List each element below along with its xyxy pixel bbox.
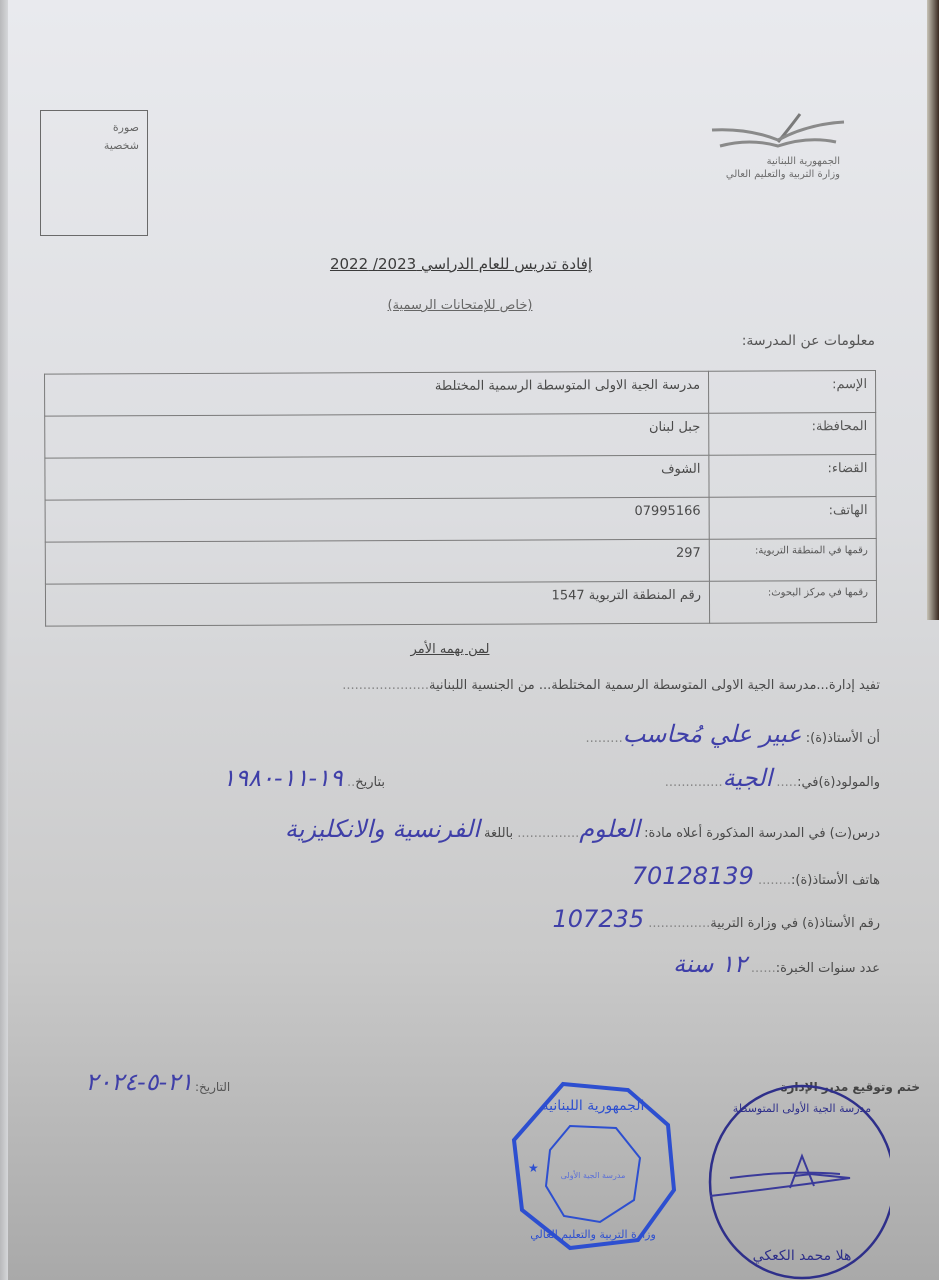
ministry-stamp-icon: الجمهورية اللبنانية وزارة التربية والتعل… [508,1080,678,1252]
table-row-research-number: رقمها في مركز البحوث: رقم المنطقة التربو… [45,581,876,627]
svg-text:مدرسة الجية الأولى المتوسطة: مدرسة الجية الأولى المتوسطة [733,1101,871,1115]
teacher-line: أن الأستاذ(ة): عبير علي مُحاسب......... [480,720,880,748]
label-district: القضاء: [709,455,876,498]
value-research-number: رقم المنطقة التربوية 1547 [45,581,709,626]
subject-handwritten: العلوم [579,815,640,843]
birthplace-line: والمولود(ة)في:..... الجية.............. [480,764,880,792]
value-region-number: 297 [45,539,709,584]
value-name: مدرسة الجية الاولى المتوسطة الرسمية المخ… [45,371,709,416]
date-label: التاريخ: [195,1080,230,1094]
to-whom-heading: لمن يهمه الأمر [390,642,510,657]
svg-text:الجمهورية اللبنانية: الجمهورية اللبنانية [542,1098,645,1114]
label-phone: الهاتف: [709,497,876,540]
date-handwritten: ٢١-٥-٢٠٢٤ [8,1068,193,1096]
birthdate-handwritten: ١٩-١١-١٩٨٠ [222,764,342,792]
dotted-fill: ......... [586,731,623,746]
dotted-fill: .. [347,775,355,790]
intro-line: تفيد إدارة...مدرسة الجية الاولى المتوسطة… [200,678,880,693]
birthplace-label: والمولود(ة)في: [797,775,880,790]
open-book-quill-logo-icon [708,112,848,162]
paper-right-edge-shadow [927,0,939,620]
birthdate-label: بتاريخ [355,775,385,790]
teacher-phone-label: هاتف الأستاذ(ة): [791,873,880,888]
table-row-phone: الهاتف: 07995166 [45,497,876,543]
intro-prefix: تفيد إدارة... [816,678,880,693]
subject-label: درس(ت) في المدرسة المذكورة أعلاه مادة: [644,826,880,841]
svg-text:★: ★ [528,1161,539,1175]
experience-handwritten: ١٢ سنة [673,950,747,978]
phone-line: هاتف الأستاذ(ة):........ 70128139 [480,862,880,890]
ministry-number-line: رقم الأستاذ(ة) في وزارة التربية.........… [420,905,880,933]
value-phone: 07995166 [45,497,709,542]
school-info-table: الإسم: مدرسة الجية الاولى المتوسطة الرسم… [44,370,877,627]
svg-text:وزارة التربية والتعليم العالي: وزارة التربية والتعليم العالي [530,1228,656,1241]
language-label: باللغة [484,826,513,841]
value-district: الشوف [45,455,709,500]
label-name: الإسم: [709,371,876,414]
paper-left-edge [0,0,8,1280]
svg-text:مدرسة الجية الأولى: مدرسة الجية الأولى [561,1170,626,1180]
birthplace-handwritten: الجية [723,764,773,792]
experience-line: عدد سنوات الخبرة:...... ١٢ سنة [480,950,880,978]
dotted-fill: ............... [648,916,710,931]
intro-suffix: ... من الجنسية اللبنانية [429,678,551,693]
dotted-fill: ...... [751,961,776,976]
subject-line: درس(ت) في المدرسة المذكورة أعلاه مادة: ا… [30,815,880,843]
table-row-region-number: رقمها في المنطقة التربوية: 297 [45,539,876,585]
ministry-number-handwritten: 107235 [553,905,645,933]
experience-label: عدد سنوات الخبرة: [776,961,880,976]
svg-text:هلا محمد الكعكي: هلا محمد الكعكي [753,1248,852,1264]
photo-label-line2: شخصية [104,137,139,155]
label-region-number: رقمها في المنطقة التربوية: [709,539,876,582]
dotted-fill: ..................... [342,678,429,693]
photo-label-line1: صورة [104,119,139,137]
table-row-district: القضاء: الشوف [45,455,876,501]
dotted-fill: ........ [758,873,791,888]
label-research-number: رقمها في مركز البحوث: [709,581,876,624]
ministry-line-2: وزارة التربية والتعليم العالي [700,169,840,180]
teacher-phone-handwritten: 70128139 [632,862,754,890]
document-subtitle: (خاص للإمتحانات الرسمية) [340,298,580,313]
value-governorate: جبل لبنان [45,413,709,458]
teacher-name-handwritten: عبير علي مُحاسب [623,720,802,748]
ministry-line-1: الجمهورية اللبنانية [728,156,840,167]
document-title: إفادة تدريس للعام الدراسي 2023/ 2022 [300,255,622,273]
table-row-name: الإسم: مدرسة الجية الاولى المتوسطة الرسم… [45,371,876,417]
intro-school: مدرسة الجية الاولى المتوسطة الرسمية المخ… [551,678,816,693]
dotted-fill: ..... [776,775,797,790]
birthdate-line: بتاريخ.. ١٩-١١-١٩٨٠ [100,764,385,792]
photo-box: صورة شخصية [40,110,148,236]
teacher-label: أن الأستاذ(ة): [806,731,880,746]
table-row-governorate: المحافظة: جبل لبنان [45,413,876,459]
ministry-number-label: رقم الأستاذ(ة) في وزارة التربية [710,916,880,931]
label-governorate: المحافظة: [709,413,876,456]
school-info-heading: معلومات عن المدرسة: [690,333,875,349]
photo-label: صورة شخصية [104,119,139,155]
dotted-fill: ............... [517,826,579,841]
school-stamp-icon: مدرسة الجية الأولى المتوسطة هلا محمد الك… [690,1078,890,1280]
dotted-fill: .............. [665,775,723,790]
language-handwritten: الفرنسية والانكليزية [285,815,480,843]
